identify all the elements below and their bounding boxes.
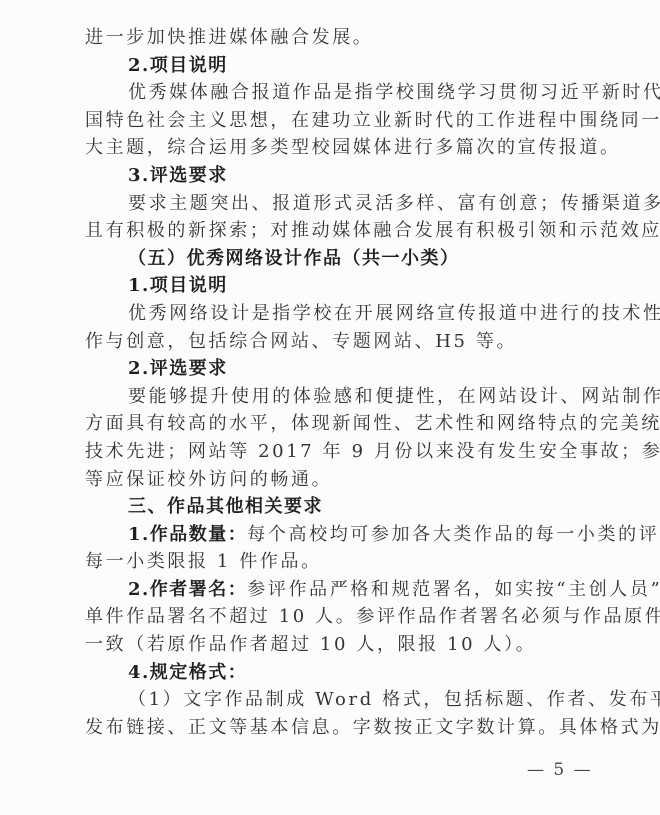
page-number: — 5 — [527, 760, 593, 780]
body-line: 每一小类限报 1 件作品。 [85, 548, 585, 576]
subheading-format-rules: 4.规定格式： [85, 659, 585, 687]
body-line: 作与创意，包括综合网站、专题网站、H5 等。 [85, 328, 585, 356]
body-line: 优秀媒体融合报道作品是指学校围绕学习贯彻习近平新时代中 [85, 79, 585, 107]
body-line: 要能够提升使用的体验感和便捷性，在网站设计、网站制作等 [85, 383, 585, 411]
document-page: 进一步加快推进媒体融合发展。 2.项目说明 优秀媒体融合报道作品是指学校围绕学习… [0, 0, 660, 815]
body-line-with-lead: 1.作品数量：每个高校均可参加各大类作品的每一小类的评选， [85, 521, 585, 549]
lead-body-text: 每个高校均可参加各大类作品的每一小类的评选， [247, 524, 660, 545]
body-line-with-lead: 2.作者署名：参评作品严格和规范署名，如实按“主创人员”申报， [85, 576, 585, 604]
subheading-evaluation-requirements: 3.评选要求 [85, 162, 585, 190]
subheading-evaluation-requirements: 2.评选要求 [85, 355, 585, 383]
section-heading-web-design: （五）优秀网络设计作品（共一小类） [85, 245, 585, 273]
body-line: 技术先进；网站等 2017 年 9 月份以来没有发生安全事故；参展网站 [85, 438, 585, 466]
body-line: 发布链接、正文等基本信息。字数按正文字数计算。具体格式为： [85, 714, 585, 742]
document-body: 进一步加快推进媒体融合发展。 2.项目说明 优秀媒体融合报道作品是指学校围绕学习… [85, 24, 585, 741]
lead-work-quantity: 1.作品数量： [128, 524, 247, 545]
body-line: 优秀网络设计是指学校在开展网络宣传报道中进行的技术性创 [85, 300, 585, 328]
lead-author-signature: 2.作者署名： [128, 579, 247, 600]
body-line: 进一步加快推进媒体融合发展。 [85, 24, 585, 52]
body-line: 单件作品署名不超过 10 人。参评作品作者署名必须与作品原件保持 [85, 603, 585, 631]
body-line: 等应保证校外访问的畅通。 [85, 466, 585, 494]
section-heading-other-requirements: 三、作品其他相关要求 [85, 493, 585, 521]
subheading-project-description: 2.项目说明 [85, 52, 585, 80]
body-line: 方面具有较高的水平，体现新闻性、艺术性和网络特点的完美统一， [85, 410, 585, 438]
body-line: 大主题，综合运用多类型校园媒体进行多篇次的宣传报道。 [85, 134, 585, 162]
lead-body-text: 参评作品严格和规范署名，如实按“主创人员”申报， [247, 579, 660, 600]
body-line: 一致（若原作品作者超过 10 人，限报 10 人）。 [85, 631, 585, 659]
body-line: 国特色社会主义思想，在建功立业新时代的工作进程中围绕同一重 [85, 107, 585, 135]
body-line: 且有积极的新探索；对推动媒体融合发展有积极引领和示范效应。 [85, 217, 585, 245]
body-line: 要求主题突出、报道形式灵活多样、富有创意；传播渠道多元 [85, 190, 585, 218]
body-line: （1）文字作品制成 Word 格式，包括标题、作者、发布平台、 [85, 686, 585, 714]
subheading-project-description: 1.项目说明 [85, 272, 585, 300]
